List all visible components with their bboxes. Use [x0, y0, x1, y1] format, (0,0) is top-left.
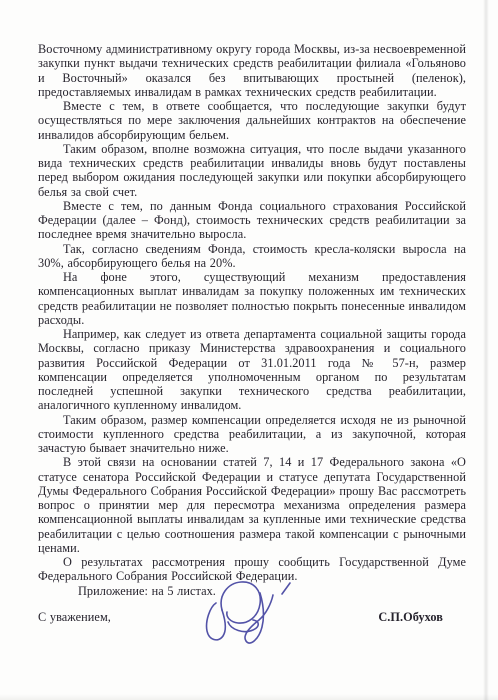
letter-paragraph: В этой связи на основании статей 7, 14 и… — [38, 455, 466, 555]
letter-paragraph: Вместе с тем, в ответе сообщается, что п… — [38, 99, 466, 142]
scanned-letter-page: Восточному административному округу горо… — [0, 0, 498, 700]
handwritten-signature — [198, 577, 300, 657]
letter-paragraph: Так, согласно сведениям Фонда, стоимость… — [38, 242, 466, 271]
letter-paragraph: Вместе с тем, по данным Фонда социальног… — [38, 199, 466, 242]
letter-paragraph: На фоне этого, существующий механизм пре… — [38, 270, 466, 327]
letter-body: Восточному административному округу горо… — [38, 42, 466, 624]
signer-name: С.П.Обухов — [378, 610, 443, 624]
letter-paragraph: Таким образом, размер компенсации опреде… — [38, 413, 466, 456]
signature-icon — [198, 577, 300, 657]
letter-paragraph: Например, как следует из ответа департам… — [38, 327, 466, 413]
scan-edge-shadow-right — [483, 0, 489, 700]
letter-paragraph: Таким образом, вполне возможна ситуация,… — [38, 142, 466, 199]
salutation-text: С уважением, — [38, 610, 111, 624]
scan-edge-shadow-bottom — [0, 694, 498, 700]
letter-paragraph: Восточному административному округу горо… — [38, 42, 466, 99]
